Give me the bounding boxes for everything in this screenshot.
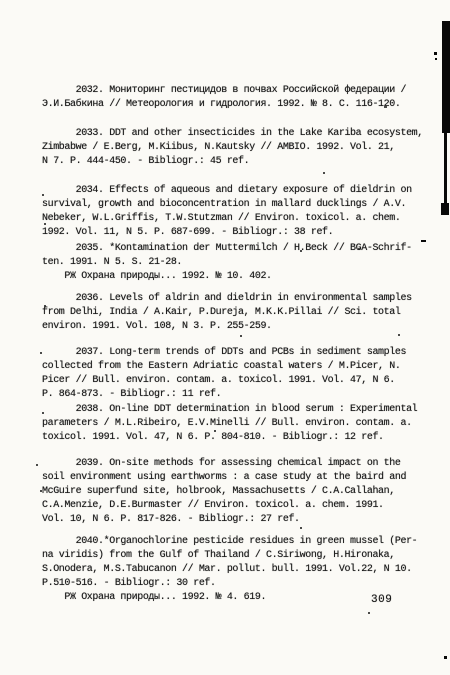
scan-noise-speck	[36, 464, 38, 466]
bib-entry-2039: 2039. On-site methods for assessing chem…	[42, 457, 427, 527]
bib-entry-2032: 2032. Мониторинг пестицидов в почвах Рос…	[42, 84, 427, 112]
scan-noise-speck	[44, 305, 46, 307]
scan-edge-bar-thin	[444, 133, 447, 205]
scan-noise-speck	[368, 612, 370, 614]
scan-noise-speck	[42, 412, 44, 414]
bib-entry-2037: 2037. Long-term trends of DDTs and PCBs …	[42, 346, 427, 402]
scan-noise-speck	[300, 250, 302, 252]
bib-entry-2033: 2033. DDT and other insecticides in the …	[42, 127, 427, 169]
bib-entry-2040: 2040.*Organochlorine pesticide residues …	[42, 535, 427, 605]
scan-edge-notch	[435, 58, 437, 60]
bib-entry-2035: 2035. *Kontamination der Muttermilch / H…	[42, 242, 427, 284]
bib-entry-2034: 2034. Effects of aqueous and dietary exp…	[42, 184, 427, 240]
scan-noise-speck	[358, 248, 360, 250]
scan-noise-speck	[240, 335, 242, 337]
scan-edge-bar-thick	[442, 21, 450, 133]
scan-noise-speck	[214, 430, 216, 432]
scan-edge-tick	[444, 656, 447, 659]
scan-noise-speck	[323, 172, 325, 174]
scan-edge-notch	[434, 52, 437, 55]
bib-entry-2036: 2036. Levels of aldrin and dieldrin in e…	[42, 292, 427, 334]
scan-edge-bar-blob	[441, 203, 449, 215]
scan-noise-speck	[42, 194, 44, 196]
scanned-bibliography-page: 2032. Мониторинг пестицидов в почвах Рос…	[0, 0, 450, 675]
bib-entry-2038: 2038. On-line DDT determination in blood…	[42, 403, 427, 445]
scan-noise-speck	[398, 334, 400, 336]
page-number: 309	[371, 594, 392, 606]
scan-noise-speck	[384, 106, 387, 108]
bibliography-text-block: 2032. Мониторинг пестицидов в почвах Рос…	[42, 84, 427, 605]
scan-noise-speck	[40, 490, 42, 492]
scan-noise-speck	[44, 223, 46, 225]
scan-noise-speck	[40, 352, 42, 354]
scan-edge-dash	[421, 240, 426, 242]
scan-noise-speck	[300, 527, 302, 529]
